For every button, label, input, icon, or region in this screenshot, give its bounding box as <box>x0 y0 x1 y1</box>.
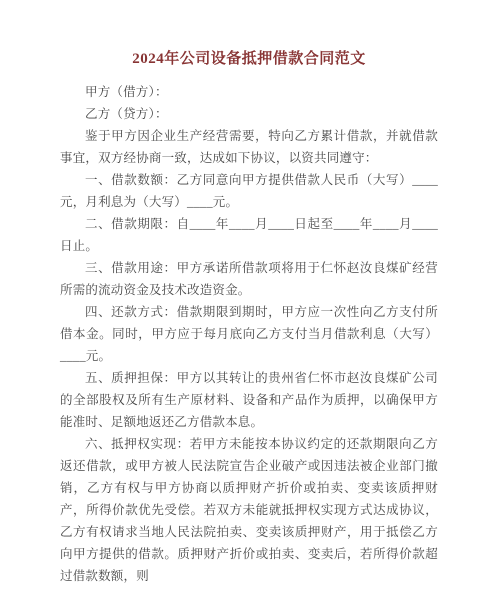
contract-paragraph: 鉴于甲方因企业生产经营需要，特向乙方累计借款，并就借款事宜，双方经协商一致，达成… <box>60 125 438 169</box>
contract-document: 2024年公司设备抵押借款合同范文 甲方（借方）：乙方（贷方）：鉴于甲方因企业生… <box>0 0 500 587</box>
contract-paragraph: 六、抵押权实现：若甲方未能按本协议约定的还款期限向乙方返还借款，或甲方被人民法院… <box>60 433 438 587</box>
contract-screenshot: 2024年公司设备抵押借款合同范文 甲方（借方）：乙方（贷方）：鉴于甲方因企业生… <box>0 0 500 597</box>
contract-paragraph: 三、借款用途：甲方承诺所借款项将用于仁怀赵汝良煤矿经营所需的流动资金及技术改造资… <box>60 257 438 301</box>
contract-paragraph: 五、质押担保：甲方以其转让的贵州省仁怀市赵汝良煤矿公司的全部股权及所有生产原材料… <box>60 367 438 433</box>
contract-paragraph: 一、借款数额：乙方同意向甲方提供借款人民币（大写）____元，月利息为（大写）_… <box>60 169 438 213</box>
contract-paragraph: 甲方（借方）： <box>60 81 438 103</box>
document-title: 2024年公司设备抵押借款合同范文 <box>60 46 438 72</box>
paragraph-list: 甲方（借方）：乙方（贷方）：鉴于甲方因企业生产经营需要，特向乙方累计借款，并就借… <box>60 81 438 587</box>
contract-paragraph: 乙方（贷方）： <box>60 103 438 125</box>
contract-paragraph: 四、还款方式：借款期限到期时，甲方应一次性向乙方支付所借本金。同时，甲方应于每月… <box>60 301 438 367</box>
contract-paragraph: 二、借款期限：自____年____月____日起至____年____月____日… <box>60 213 438 257</box>
